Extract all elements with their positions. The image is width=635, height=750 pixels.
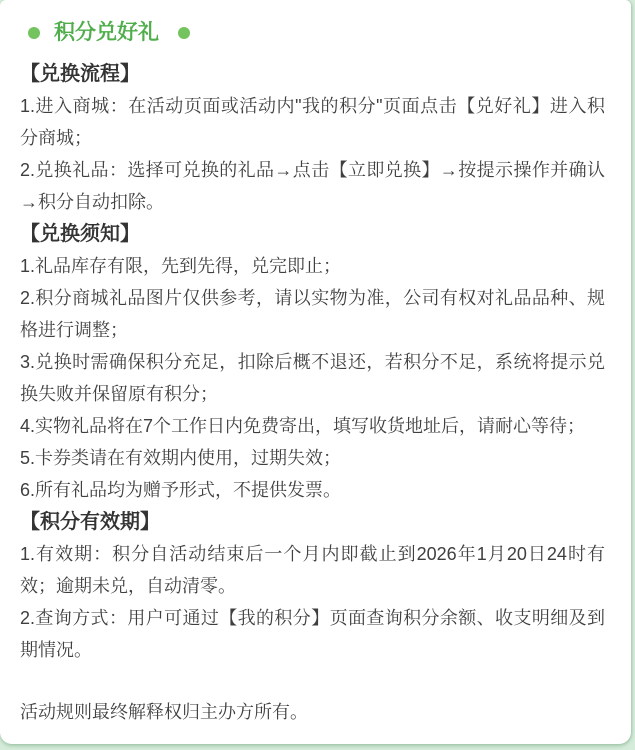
rule-item: 2.查询方式：用户可通过【我的积分】页面查询积分余额、收支明细及到期情况。 (20, 602, 605, 666)
rule-item: 1.礼品库存有限，先到先得，兑完即止； (20, 250, 605, 282)
rule-item: 2.兑换礼品：选择可兑换的礼品→点击【立即兑换】→按提示操作并确认→积分自动扣除… (20, 154, 605, 218)
rule-item: 3.兑换时需确保积分充足，扣除后概不退还，若积分不足，系统将提示兑换失败并保留原… (20, 346, 605, 410)
section-heading-redeem-process: 【兑换流程】 (20, 58, 605, 90)
bullet-dot-icon (178, 27, 190, 39)
footer-note: 活动规则最终解释权归主办方所有。 (20, 696, 605, 728)
rule-item: 6.所有礼品均为赠予形式，不提供发票。 (20, 474, 605, 506)
rule-item: 2.积分商城礼品图片仅供参考，请以实物为准，公司有权对礼品品种、规格进行调整； (20, 282, 605, 346)
section-heading-points-validity: 【积分有效期】 (20, 506, 605, 538)
page-title: 积分兑好礼 (54, 20, 159, 45)
rules-content: 【兑换流程】 1.进入商城：在活动页面或活动内"我的积分"页面点击【兑好礼】进入… (20, 58, 605, 728)
bullet-dot-icon (28, 27, 40, 39)
rule-item: 5.卡券类请在有效期内使用，过期失效； (20, 442, 605, 474)
rules-card: 积分兑好礼 【兑换流程】 1.进入商城：在活动页面或活动内"我的积分"页面点击【… (0, 0, 631, 744)
page-title-row: 积分兑好礼 (28, 20, 605, 45)
section-heading-redeem-notes: 【兑换须知】 (20, 218, 605, 250)
activity-rules-page: { "theme": { "page_bg": "#d6ecdb", "card… (0, 0, 635, 750)
rule-item: 4.实物礼品将在7个工作日内免费寄出，填写收货地址后，请耐心等待； (20, 410, 605, 442)
rule-item: 1.进入商城：在活动页面或活动内"我的积分"页面点击【兑好礼】进入积分商城； (20, 90, 605, 154)
rule-item: 1.有效期：积分自活动结束后一个月内即截止到2026年1月20日24时有效；逾期… (20, 538, 605, 602)
